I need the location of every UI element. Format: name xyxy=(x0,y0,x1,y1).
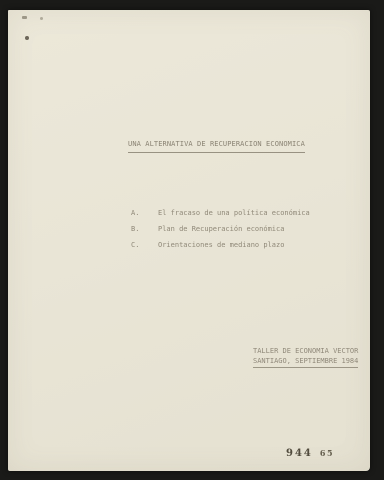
outline-item-c: C. Orientaciones de mediano plazo xyxy=(131,239,351,255)
paper-speck xyxy=(25,36,29,40)
outline-item-b: B. Plan de Recuperación económica xyxy=(131,223,351,239)
scanner-background: UNA ALTERNATIVA DE RECUPERACION ECONOMIC… xyxy=(0,0,384,480)
outline-item-text: Plan de Recuperación económica xyxy=(158,223,284,235)
outline-item-text: El fracaso de una política económica xyxy=(158,207,310,219)
paper-speck xyxy=(22,16,27,19)
colophon-publisher: TALLER DE ECONOMIA VECTOR xyxy=(253,346,358,356)
stamp-number-sub: 65 xyxy=(320,448,334,458)
stamp-number-main: 944 xyxy=(286,448,313,459)
paper-speck xyxy=(40,17,43,20)
outline-item-label: C. xyxy=(131,239,139,251)
document-title: UNA ALTERNATIVA DE RECUPERACION ECONOMIC… xyxy=(128,140,305,153)
colophon: TALLER DE ECONOMIA VECTOR SANTIAGO, SEPT… xyxy=(253,346,358,368)
document-page: UNA ALTERNATIVA DE RECUPERACION ECONOMIC… xyxy=(8,10,370,471)
outline-item-label: B. xyxy=(131,223,139,235)
colophon-place-date: SANTIAGO, SEPTIEMBRE 1984 xyxy=(253,356,358,368)
outline-item-a: A. El fracaso de una política económica xyxy=(131,207,351,223)
archive-stamp: 94465 xyxy=(286,441,334,460)
outline-list: A. El fracaso de una política económica … xyxy=(131,207,351,255)
outline-item-label: A. xyxy=(131,207,139,219)
outline-item-text: Orientaciones de mediano plazo xyxy=(158,239,284,251)
